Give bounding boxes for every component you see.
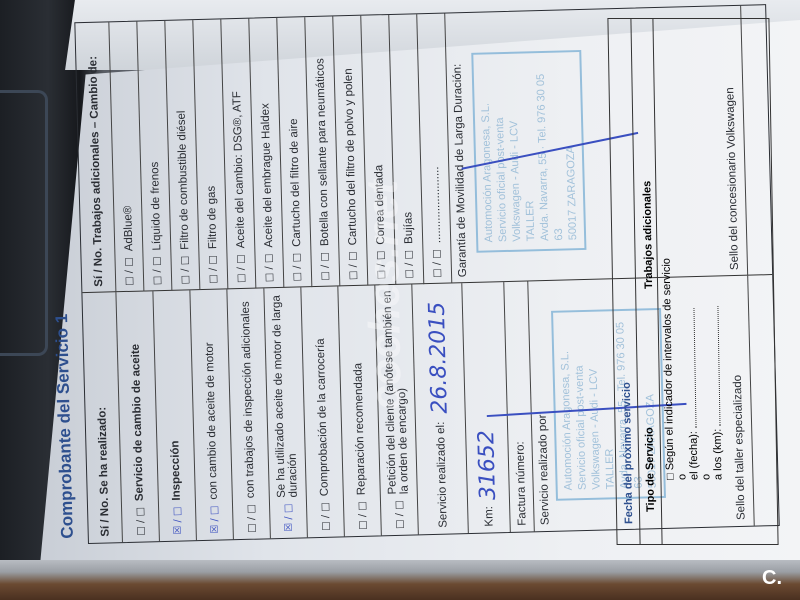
checklist-label: Aceite del embrague Haldex [259, 103, 275, 248]
yes-no-checkbox[interactable]: □ / □ [123, 257, 135, 286]
yes-no-checkbox[interactable]: □ / □ [151, 256, 163, 285]
service-date-label: Servicio realizado el: [434, 422, 449, 528]
yes-no-checkbox[interactable]: □ / □ [347, 251, 359, 280]
service-date-value: 26.8.2015 [425, 301, 453, 414]
yes-no-checkbox[interactable]: ☒ / □ [209, 505, 221, 533]
checkbox[interactable]: □ [664, 470, 676, 480]
checklist-label: Inspección [169, 440, 183, 500]
yes-no-checkbox[interactable]: □ / □ [393, 500, 405, 529]
site-logo: C. [762, 567, 782, 590]
table-surface [0, 560, 800, 600]
checklist-label: Líquido de frenos [149, 162, 163, 251]
yes-no-checkbox[interactable]: □ / □ [135, 507, 147, 536]
checklist-label: Aceite del cambio: DSG®, ATF [231, 91, 247, 248]
yes-no-checkbox[interactable]: □ / □ [356, 501, 368, 530]
checklist-label: Filtro de combustible diésel [175, 110, 191, 250]
form-title: Comprobante del Servicio 1 [52, 314, 78, 539]
next-service-panel: Fecha del próximo servicio Tipo de Servi… [607, 18, 778, 545]
next-km-label: a los (km): [712, 429, 725, 480]
yes-no-checkbox[interactable]: □ / □ [291, 253, 303, 282]
checklist-label: Filtro de gas [205, 186, 219, 250]
extra-work-header: Trabajos adicionales [641, 181, 655, 289]
yes-no-checkbox[interactable]: □ / □ [319, 252, 331, 281]
yes-no-checkbox[interactable]: □ / □ [235, 254, 247, 283]
yes-no-checkbox[interactable]: □ / □ [319, 502, 331, 531]
service-date-row: Servicio realizado el: 26.8.2015 [412, 283, 469, 534]
next-service-fields: □ Según el indicador de intervalos de se… [661, 258, 725, 480]
checklist-label: con trabajos de inspección adicionales [240, 301, 257, 498]
yes-no-checkbox[interactable]: □ / □ [431, 249, 443, 278]
yes-no-checkbox[interactable]: □ / □ [207, 255, 219, 284]
km-row: Km: 31652 [462, 282, 511, 533]
watermark: coches.net [358, 180, 412, 411]
km-value: 31652 [474, 430, 501, 501]
yes-no-checkbox[interactable]: ☒ / □ [283, 504, 295, 532]
yes-no-checkbox[interactable]: □ / □ [263, 253, 275, 282]
next-date-label: el (fecha): [688, 431, 701, 480]
dealer-stamp: Automoción Aragonesa, S.L.Servicio ofici… [471, 50, 586, 253]
extra-work-section: Trabajos adicionales [641, 181, 655, 289]
checklist-label: Cartucho del filtro de aire [287, 118, 302, 247]
yes-no-checkbox[interactable]: □ / □ [179, 256, 191, 285]
checklist-label: con cambio de aceite de motor [204, 342, 220, 500]
checklist-label: Servicio de cambio de aceite [130, 344, 146, 502]
next-service-header: Fecha del próximo servicio [621, 382, 635, 524]
checklist-label: Se ha utilizado aceite de motor de larga… [270, 288, 299, 498]
checklist-label: AdBlue® [122, 206, 135, 252]
checklist-label: Cartucho del filtro de polvo y polen [342, 68, 359, 245]
checklist-label: Comprobación de la carrocería [315, 338, 331, 496]
next-date-field[interactable] [693, 308, 696, 428]
yes-no-checkbox[interactable]: □ / □ [246, 504, 258, 533]
km-label: Km: [483, 506, 496, 527]
checklist-label: ........................ [429, 166, 443, 243]
yes-no-checkbox[interactable]: ☒ / □ [172, 506, 184, 534]
next-km-field[interactable] [717, 306, 720, 426]
checklist-label: Botella con sellante para neumáticos [314, 58, 331, 246]
